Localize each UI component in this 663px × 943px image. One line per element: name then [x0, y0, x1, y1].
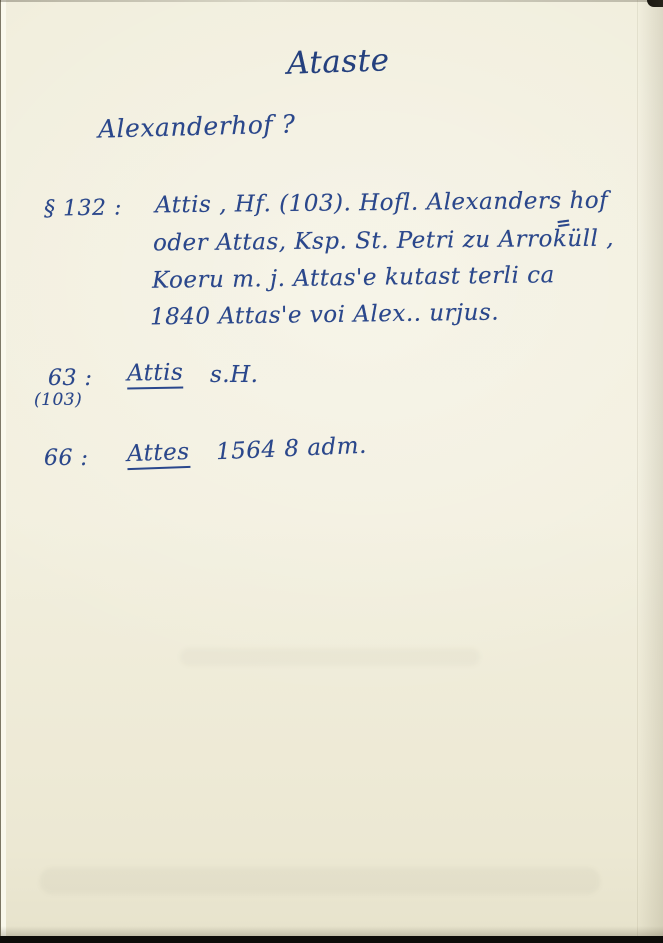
- entry-132-line-3: Koeru m. j. Attas'e kutast terli ca: [152, 262, 555, 294]
- ink-showthrough-lower: [40, 868, 600, 894]
- paper-left-edge: [1, 0, 6, 943]
- entry-63-label: 63 :: [48, 366, 92, 391]
- paper-right-shadow: [637, 0, 663, 943]
- ink-showthrough-upper: [180, 648, 480, 666]
- card-heading: Alexanderhof ?: [98, 109, 296, 143]
- card-title: Ataste: [286, 42, 390, 82]
- entry-63-keyword: Attis: [127, 360, 184, 390]
- paper-bottom-shadow: [0, 926, 663, 936]
- scanned-index-card: Ataste Alexanderhof ? § 132 : Attis , Hf…: [0, 0, 663, 943]
- entry-63-rest: s.H.: [210, 362, 258, 388]
- entry-132-line-2: oder Attas, Ksp. St. Petri zu Arroküll ,: [153, 226, 614, 257]
- entry-132-label: § 132 :: [44, 195, 122, 221]
- scan-left-hairline: [0, 0, 1, 943]
- entry-132-line-4: 1840 Attas'e voi Alex.. urjus.: [150, 300, 499, 331]
- scan-bottom-edge: [0, 936, 663, 943]
- entry-132-line-1: Attis , Hf. (103). Hofl. Alexanders hof: [155, 188, 608, 219]
- entry-66-rest: 1564 8 adm.: [216, 433, 368, 466]
- scan-top-hairline: [0, 0, 663, 2]
- paper-right-crease: [637, 0, 638, 943]
- entry-63-sublabel: (103): [34, 390, 82, 410]
- entry-66-keyword: Attes: [127, 439, 191, 470]
- entry-66-label: 66 :: [44, 446, 88, 471]
